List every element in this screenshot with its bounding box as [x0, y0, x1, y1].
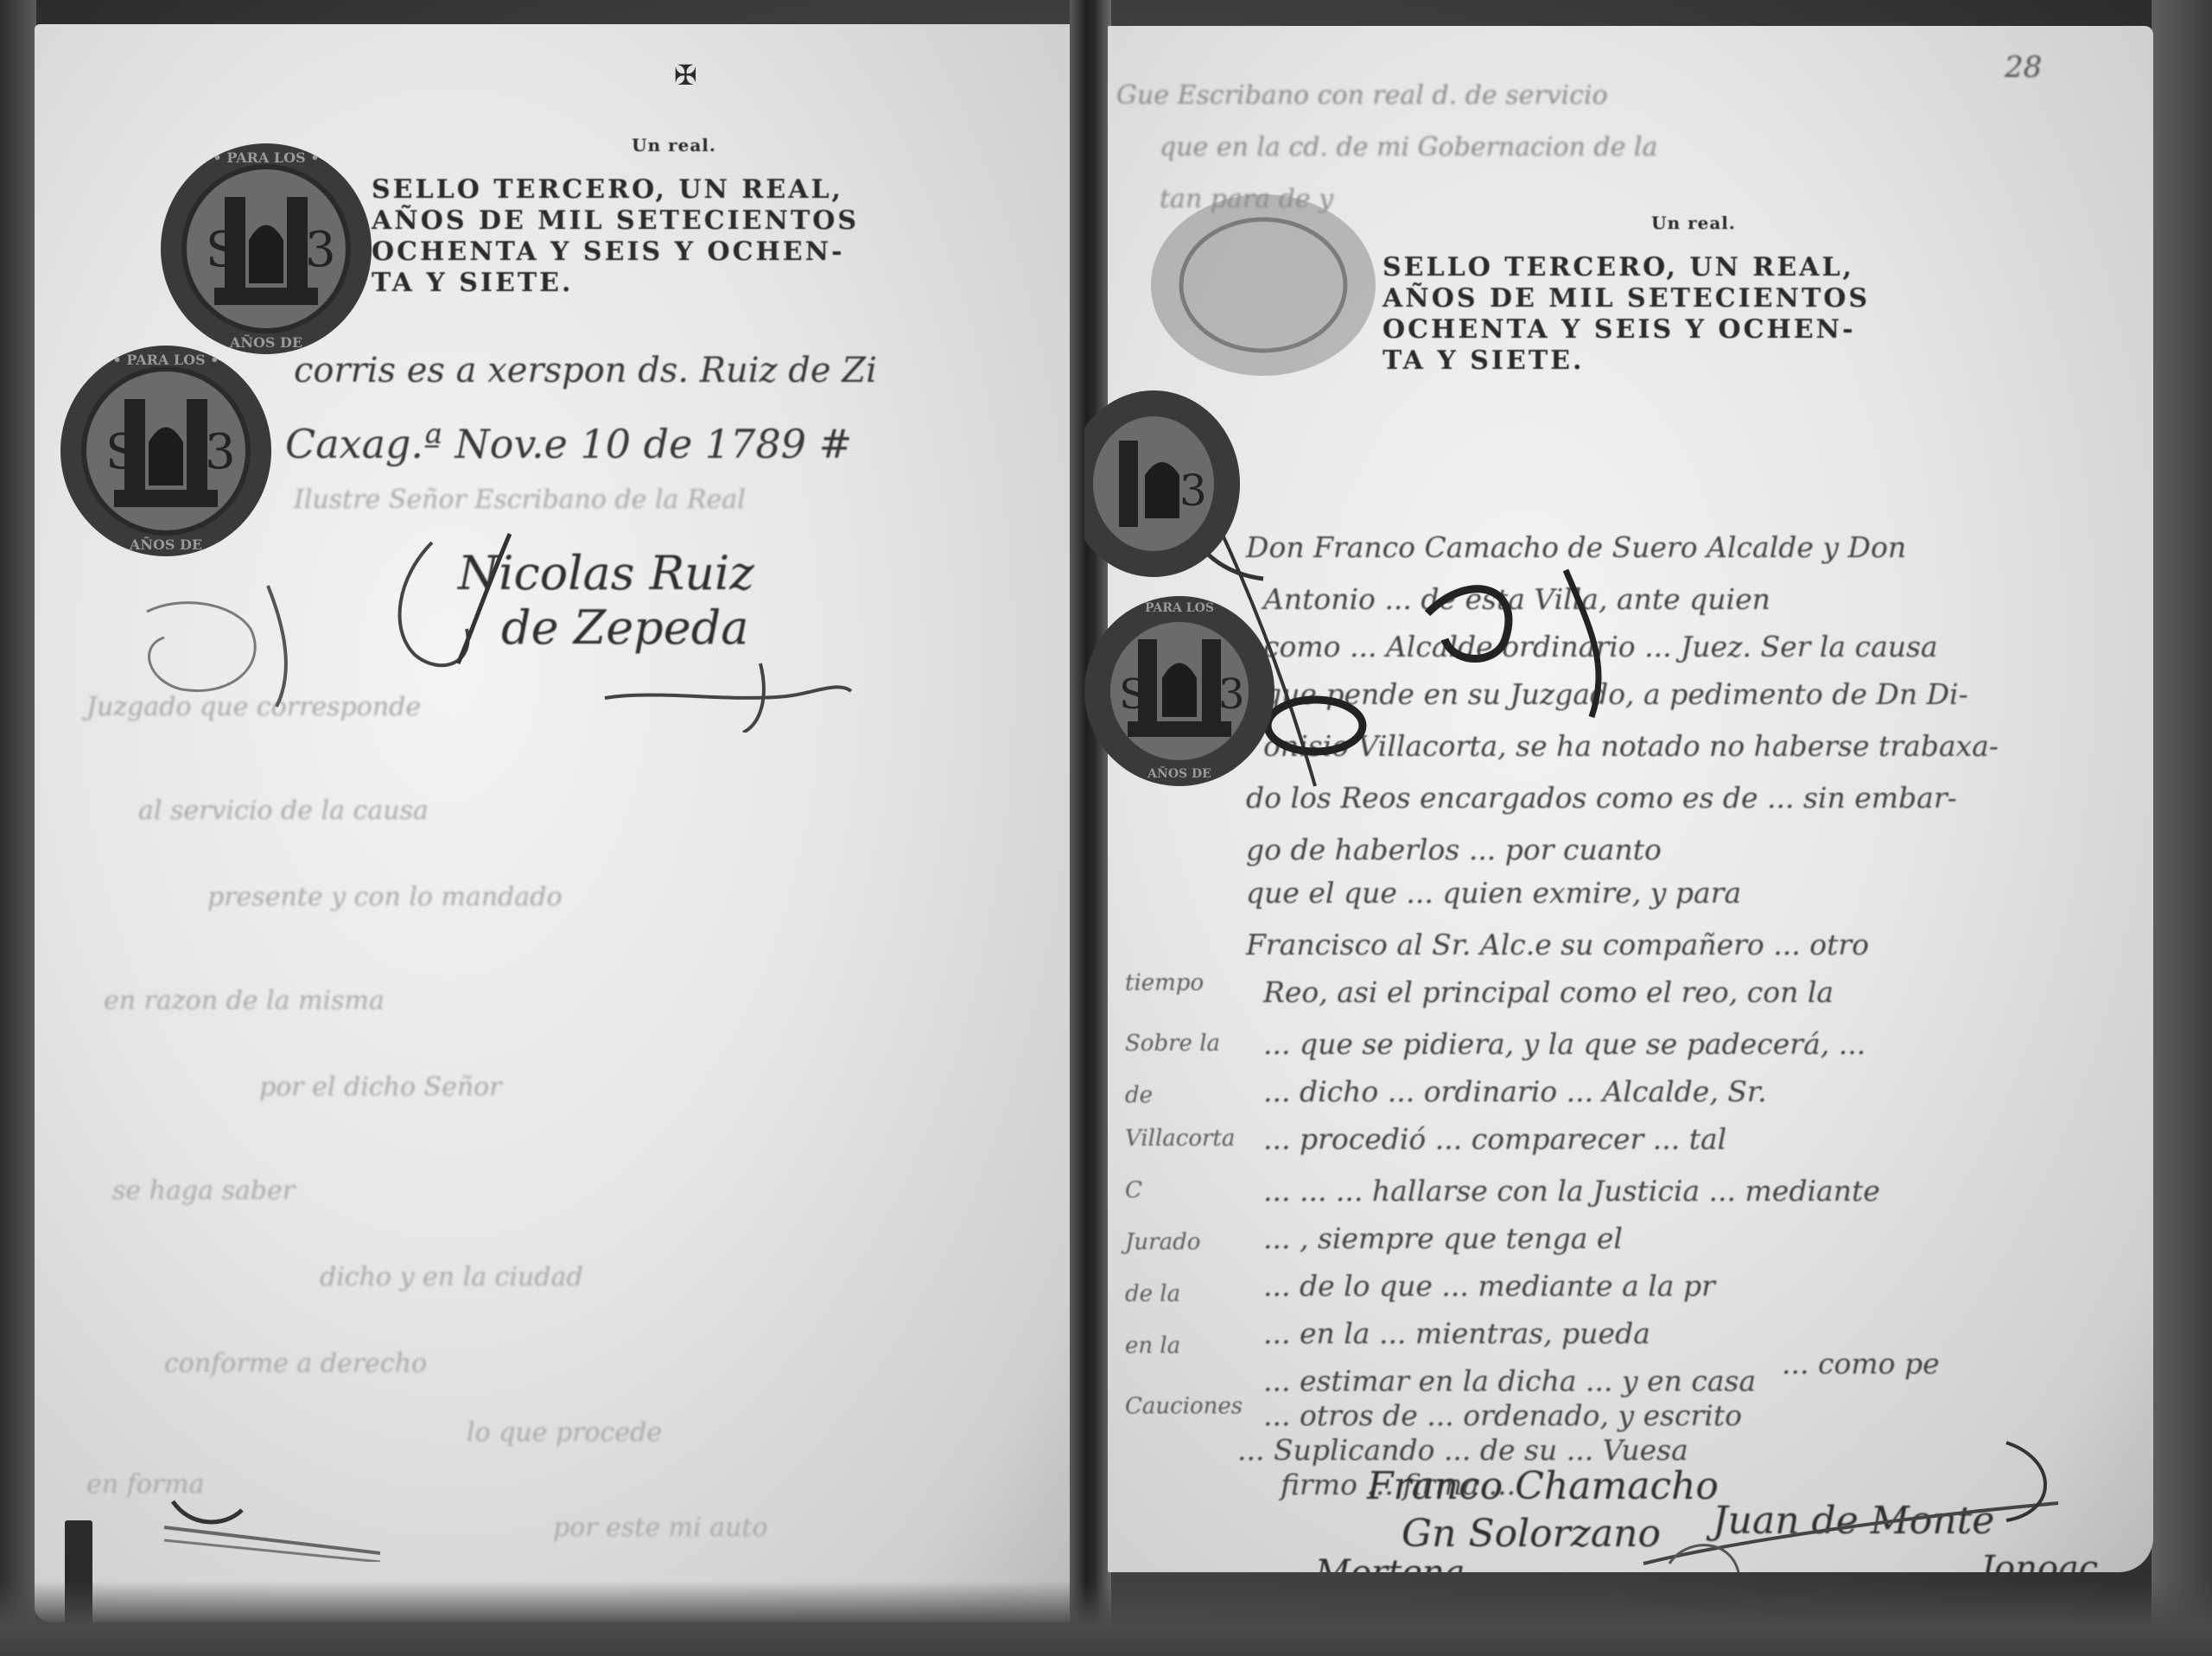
bottom-scan-shadow [0, 1581, 2212, 1656]
bleed-through-line: lo que procede [467, 1406, 662, 1460]
right-scan-edge [2152, 0, 2212, 1656]
body-line: ... que se pidiera, y la que se padecerá… [1263, 1019, 1866, 1069]
bleed-through-line: en razon de la misma [104, 974, 385, 1028]
body-line: ... de lo que ... mediante a la pr [1263, 1261, 1715, 1310]
body-line: ... procedió ... comparecer ... tal [1263, 1114, 1726, 1164]
body-line: ... ... ... hallarse con la Justicia ...… [1263, 1166, 1880, 1215]
svg-text:3: 3 [205, 424, 236, 480]
seal-stamp-icon: PARA LOS AÑOS DE S 3 [1084, 579, 1283, 803]
pen-stroke-icon [138, 1493, 415, 1562]
bleed-through-line: al servicio de la causa [138, 784, 429, 838]
bleed-through-line: dicho y en la ciudad [320, 1251, 583, 1304]
printed-stamp-header-right: Un real. SELLO TERCERO, UN REAL, AÑOS DE… [1382, 207, 2005, 377]
svg-text:S: S [105, 424, 138, 480]
signature-flourish-icon [1609, 1434, 2093, 1572]
svg-text:3: 3 [1218, 670, 1245, 719]
seal-stamp-icon: • PARA LOS • AÑOS DE S 3 [154, 136, 378, 361]
stamp-denomination: Un real. [1382, 207, 2005, 238]
printed-stamp-header-left: Un real. SELLO TERCERO, UN REAL, AÑOS DE… [372, 130, 976, 299]
left-scan-edge [0, 0, 36, 1656]
bleed-through-line: por el dicho Señor [259, 1061, 502, 1114]
body-line: Francisco al Sr. Alc.e su compañero ... … [1246, 920, 1869, 969]
body-line: ... dicho ... ordinario ... Alcalde, Sr. [1263, 1067, 1767, 1116]
svg-text:• PARA LOS •: • PARA LOS • [113, 352, 219, 368]
margin-note: Villacorta [1125, 1114, 1235, 1164]
stamp-line: OCHENTA Y SEIS Y OCHEN- [1382, 314, 2005, 346]
body-line: go de haberlos ... por cuanto [1246, 825, 1662, 874]
body-line: ... , siempre que tenga el [1263, 1214, 1623, 1263]
margin-note: Sobre la [1125, 1019, 1220, 1069]
margin-note: C [1125, 1166, 1142, 1215]
margin-note: tiempo [1125, 959, 1204, 1008]
marginal-flourish-icon [130, 577, 337, 715]
svg-text:S: S [206, 222, 238, 278]
stamp-line: SELLO TERCERO, UN REAL, [1382, 252, 2005, 283]
bleed-through-line: Gue Escribano con real d. de servicio [1116, 69, 1608, 123]
handwritten-date-line: Caxag.ª Nov.e 10 de 1789 # [285, 422, 852, 466]
stamp-line: AÑOS DE MIL SETECIENTOS [1382, 283, 2005, 314]
margin-note: de la [1125, 1270, 1180, 1319]
seal-stamp-icon: • PARA LOS • AÑOS DE S 3 [54, 339, 278, 563]
bleed-through-line: presente y con lo mandado [207, 871, 563, 924]
margin-note: Cauciones [1125, 1382, 1243, 1431]
bleed-through-line: se haga saber [112, 1164, 295, 1218]
bleed-through-line: que en la cd. de mi Gobernacion de la [1160, 121, 1657, 174]
signature-flourish-icon [380, 525, 864, 733]
stamp-line: AÑOS DE MIL SETECIENTOS [372, 206, 976, 237]
folio-number: 28 [2005, 50, 2042, 85]
bleed-through-line: por este mi auto [553, 1501, 768, 1555]
svg-text:AÑOS DE: AÑOS DE [129, 535, 202, 553]
body-line: ... como pe [1782, 1339, 1940, 1388]
body-line: Reo, asi el principal como el reo, con l… [1263, 968, 1834, 1017]
signature: Mortena [1315, 1546, 1465, 1572]
stamp-line: OCHENTA Y SEIS Y OCHEN- [372, 237, 976, 268]
svg-text:PARA LOS: PARA LOS [1145, 601, 1214, 615]
svg-text:3: 3 [305, 222, 336, 278]
margin-note: de [1125, 1071, 1153, 1120]
cross-mark-icon: ✠ [674, 59, 697, 92]
svg-text:• PARA LOS •: • PARA LOS • [213, 149, 320, 166]
handwritten-line: corris es a xerspon ds. Ruiz de Zi [294, 348, 877, 393]
stamp-line: TA Y SIETE. [1382, 346, 2005, 377]
ghost-seal-icon [1142, 181, 1384, 389]
svg-text:AÑOS DE: AÑOS DE [1147, 765, 1211, 781]
seal-stamp-icon: 3 [1084, 389, 1240, 579]
bleed-through-line: Ilustre Señor Escribano de la Real [294, 473, 746, 527]
body-line: que el que ... quien exmire, y para [1246, 868, 1741, 917]
svg-text:S: S [1119, 670, 1147, 719]
stamp-denomination: Un real. [372, 130, 976, 161]
margin-note: en la [1125, 1322, 1180, 1371]
margin-note: Jurado [1125, 1218, 1200, 1267]
body-line: ... en la ... mientras, pueda [1263, 1309, 1650, 1358]
bleed-through-line: conforme a derecho [164, 1337, 427, 1391]
stamp-line: SELLO TERCERO, UN REAL, [372, 174, 976, 206]
svg-text:3: 3 [1179, 466, 1207, 516]
stamp-line: TA Y SIETE. [372, 268, 976, 299]
book-gutter [1070, 0, 1111, 1656]
